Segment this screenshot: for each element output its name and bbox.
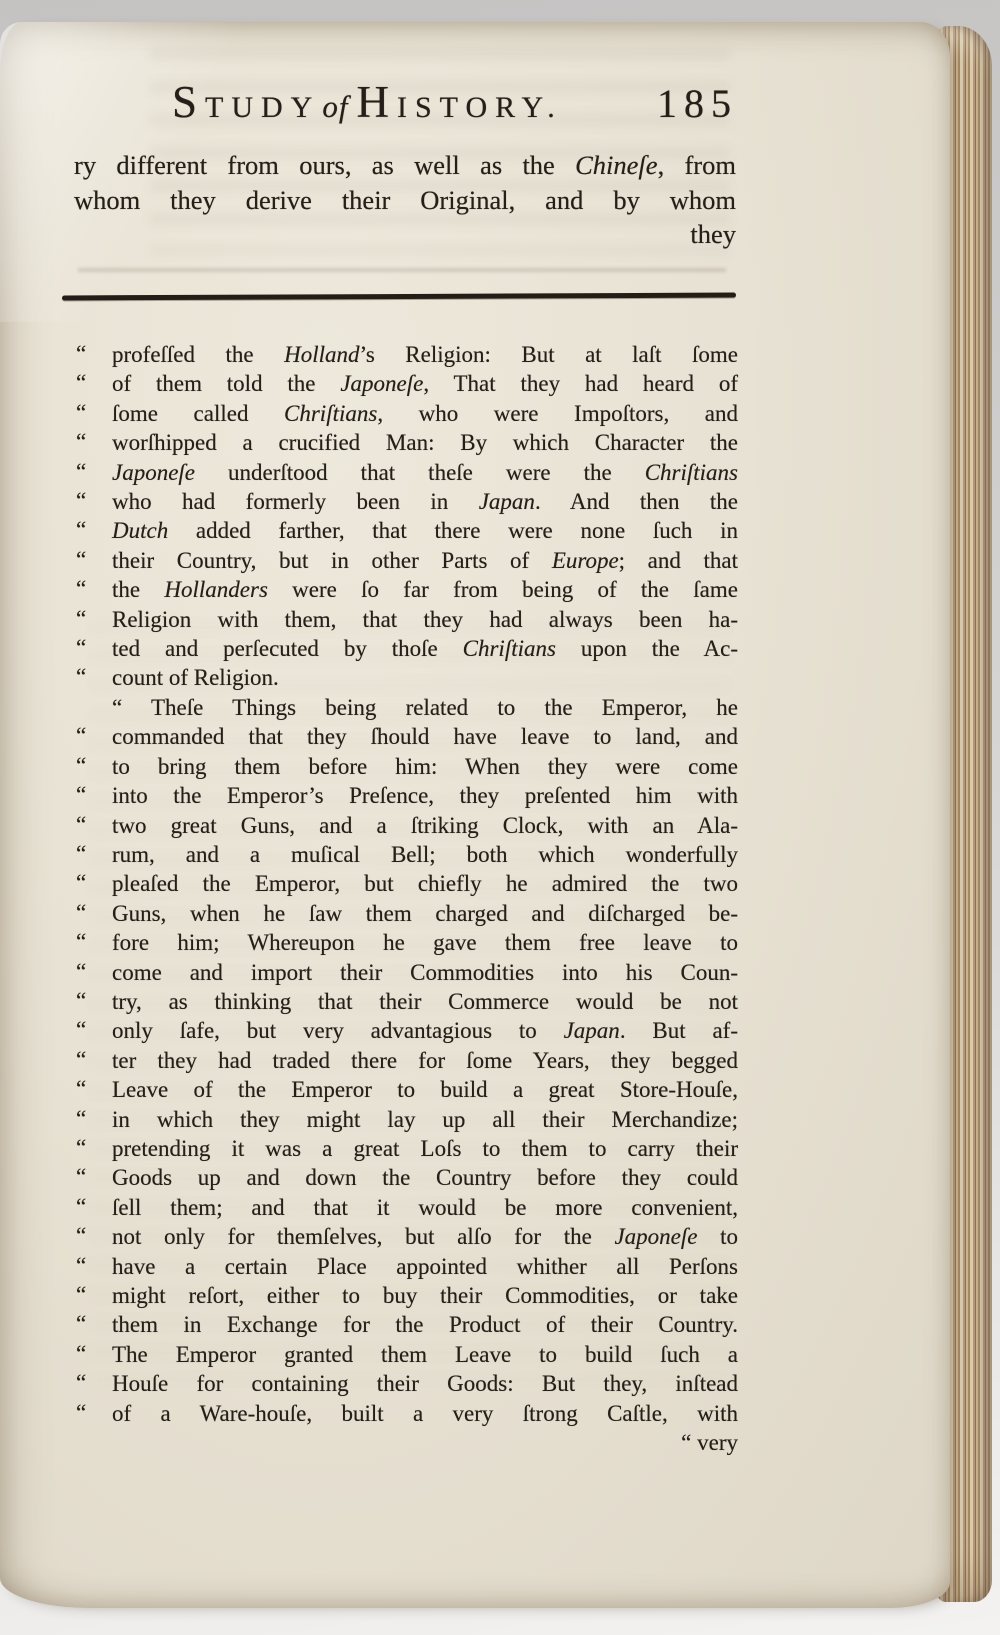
quote-line: “pleaſed the Emperor, but chiefly he adm… [74,869,738,898]
quote-line: “have a certain Place appointed whither … [74,1252,738,1281]
quote-mark: “ [76,457,86,486]
quote-line: “ter they had traded there for ſome Year… [74,1046,738,1075]
quote-mark: “ [76,1309,86,1338]
quote-line: “Religion with them, that they had alway… [74,605,738,634]
running-header: STUDYofHISTORY. 185 [172,76,738,128]
quote-mark: “ [76,810,86,839]
quote-mark: “ [76,604,86,633]
quote-line: “into the Emperor’s Preſence, they preſe… [74,781,738,810]
quote-line: “of a Ware-houſe, built a very ſtrong Ca… [74,1399,738,1428]
intro-line: they [74,217,736,252]
quote-line: “The Emperor granted them Leave to build… [74,1340,738,1369]
quote-line: “count of Religion. [74,663,738,692]
quote-line: “pretending it was a great Loſs to them … [74,1134,738,1163]
quote-line: “Houſe for containing their Goods: But t… [74,1369,738,1398]
intro-line: whom they derive their Original, and by … [74,183,736,218]
quote-mark: “ [76,545,86,574]
title-word-study-initial: S [172,77,205,127]
quote-line: “fore him; Whereupon he gave them free l… [74,928,738,957]
quote-line: “ Theſe Things being related to the Empe… [74,693,738,722]
quote-mark: “ [76,574,86,603]
quote-mark: “ [76,751,86,780]
quote-mark: “ [76,927,86,956]
quote-line: “their Country, but in other Parts of Eu… [74,546,738,575]
quote-mark: “ [76,898,86,927]
quote-line: “Guns, when he ſaw them charged and diſc… [74,899,738,928]
quote-mark: “ [76,721,86,750]
book-page: STUDYofHISTORY. 185 ry different from ou… [0,22,950,1608]
quote-line: “Goods up and down the Country before th… [74,1163,738,1192]
quote-mark: “ [76,839,86,868]
quote-mark: “ [76,1074,86,1103]
quote-mark: “ [76,633,86,662]
quote-line: “to bring them before him: When they wer… [74,752,738,781]
quote-line: “two great Guns, and a ſtriking Clock, w… [74,811,738,840]
page-number: 185 [657,80,738,127]
quote-mark: “ [76,986,86,1015]
quote-mark: “ [76,1133,86,1162]
title-word-study-rest: TUDY [205,91,320,124]
quote-line: “ſome called Chriſtians, who were Impoſt… [74,399,738,428]
quote-mark: “ [76,662,86,691]
title-connector-of: of [322,89,348,124]
quoted-passage: “profeſſed the Holland’s Religion: But a… [74,340,738,1457]
quote-mark: “ [76,486,86,515]
quote-mark: “ [76,339,86,368]
quote-line: “them in Exchange for the Product of the… [74,1310,738,1339]
quote-line: “ted and perſecuted by thoſe Chriſtians … [74,634,738,663]
quote-mark: “ [76,368,86,397]
quote-mark: “ [76,1339,86,1368]
quote-mark: “ [76,427,86,456]
quote-line: “commanded that they ſhould have leave t… [74,722,738,751]
quote-line: “might reſort, either to buy their Commo… [74,1281,738,1310]
quote-mark: “ [76,398,86,427]
quote-mark: “ [76,1221,86,1250]
quote-line: “of them told the Japoneſe, That they ha… [74,369,738,398]
section-rule [62,293,736,301]
quote-mark: “ [76,1104,86,1133]
title-word-history-rest: ISTORY. [397,91,563,124]
catchword-line: “ very [74,1428,738,1457]
quote-mark: “ [76,1398,86,1427]
intro-line: ry different from ours, as well as the C… [74,148,736,183]
quote-line: “the Hollanders were ſo far from being o… [74,575,738,604]
quote-line: “in which they might lay up all their Me… [74,1105,738,1134]
quote-line: “ſell them; and that it would be more co… [74,1193,738,1222]
quote-mark: “ [76,957,86,986]
quote-mark: “ [76,1045,86,1074]
quote-mark: “ [76,515,86,544]
quote-mark: “ [76,1280,86,1309]
quote-line: “Leave of the Emperor to build a great S… [74,1075,738,1104]
title-word-history-initial: H [356,77,397,127]
quote-line: “Japoneſe underſtood that theſe were the… [74,458,738,487]
quote-mark: “ [76,1015,86,1044]
quote-line: “worſhipped a crucified Man: By which Ch… [74,428,738,457]
quote-mark: “ [76,1162,86,1191]
quote-mark: “ [76,780,86,809]
running-header-title: STUDYofHISTORY. [172,76,563,128]
quote-mark: “ [76,1192,86,1221]
quote-line: “profeſſed the Holland’s Religion: But a… [74,340,738,369]
quote-line: “Dutch added farther, that there were no… [74,516,738,545]
show-through-rule [78,268,726,272]
quote-mark: “ [76,868,86,897]
quote-line: “try, as thinking that their Commerce wo… [74,987,738,1016]
quote-line: “rum, and a muſical Bell; both which won… [74,840,738,869]
quote-mark: “ [76,1368,86,1397]
quote-line: “only ſafe, but very advantagious to Jap… [74,1016,738,1045]
intro-paragraph: ry different from ours, as well as the C… [74,148,736,252]
quote-mark: “ [76,1251,86,1280]
quote-line: “not only for themſelves, but alſo for t… [74,1222,738,1251]
quote-line: “come and import their Commodities into … [74,958,738,987]
quote-line: “who had formerly been in Japan. And the… [74,487,738,516]
